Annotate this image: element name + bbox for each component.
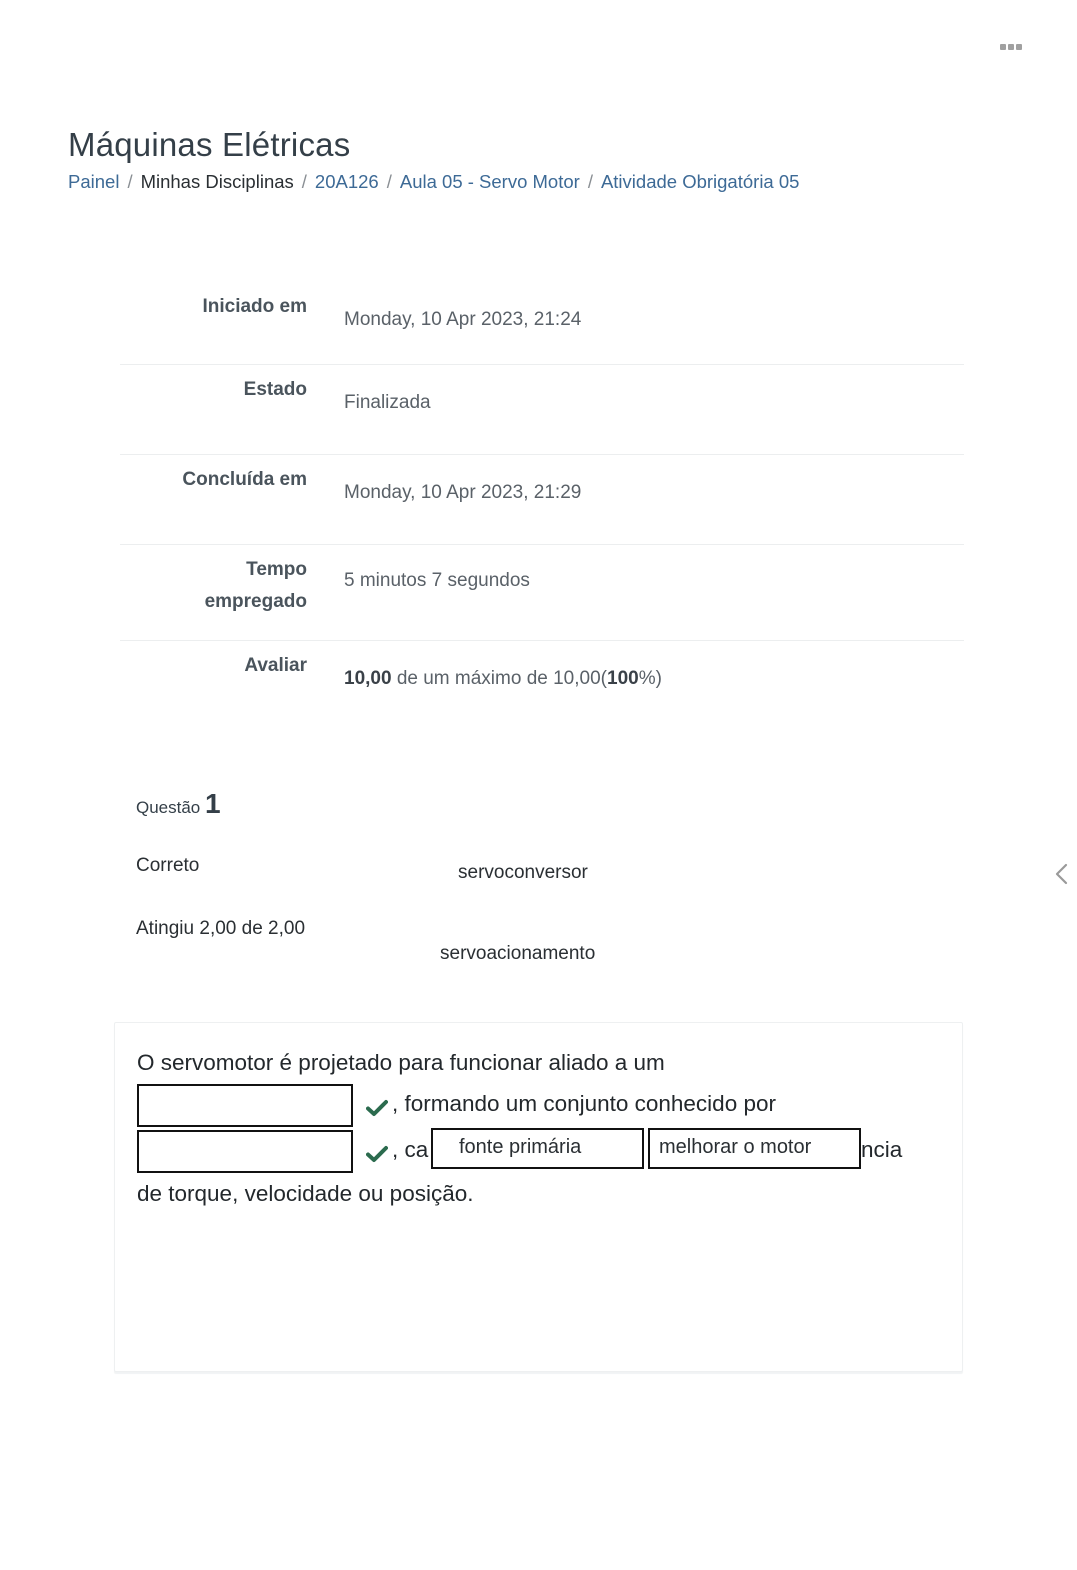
- summary-value: Monday, 10 Apr 2023, 21:24: [323, 282, 964, 364]
- breadcrumb: Painel / Minhas Disciplinas / 20A126 / A…: [68, 171, 799, 193]
- question-number: Questão 1: [136, 788, 221, 820]
- question-text-line: ncia: [861, 1137, 902, 1163]
- more-options-button[interactable]: [1000, 44, 1022, 50]
- question-prefix: Questão: [136, 798, 200, 817]
- grade-suffix: %): [639, 668, 662, 689]
- breadcrumb-painel[interactable]: Painel: [68, 171, 119, 193]
- question-text-line: , ca: [392, 1137, 428, 1163]
- question-state: Correto: [136, 855, 199, 877]
- breadcrumb-separator: /: [127, 171, 132, 193]
- check-icon: [366, 1099, 388, 1117]
- breadcrumb-minhas-disciplinas: Minhas Disciplinas: [141, 171, 294, 193]
- drop-zone-2[interactable]: [137, 1130, 353, 1173]
- breadcrumb-separator: /: [387, 171, 392, 193]
- summary-label: Iniciado em: [120, 282, 323, 364]
- check-icon: [366, 1145, 388, 1163]
- summary-label: Tempoempregado: [120, 545, 323, 640]
- ellipsis-dot: [1016, 44, 1022, 50]
- ellipsis-icon: [1000, 44, 1006, 50]
- ellipsis-dot: [1008, 44, 1014, 50]
- summary-value: 10,00 de um máximo de 10,00(100%): [323, 641, 964, 731]
- choice-melhorar-o-motor[interactable]: melhorar o motor: [648, 1128, 861, 1169]
- summary-label: Estado: [120, 365, 323, 454]
- breadcrumb-section[interactable]: Aula 05 - Servo Motor: [400, 171, 580, 193]
- grade-percent: 100: [607, 668, 639, 689]
- question-text-line: , formando um conjunto conhecido por: [392, 1091, 776, 1117]
- summary-label: Concluída em: [120, 455, 323, 544]
- summary-row-time-taken: Tempoempregado 5 minutos 7 segundos: [120, 545, 964, 641]
- choice-fonte-primaria[interactable]: fonte primária: [431, 1128, 644, 1169]
- breadcrumb-activity[interactable]: Atividade Obrigatória 05: [601, 171, 799, 193]
- summary-label: Avaliar: [120, 641, 323, 731]
- question-number-value: 1: [205, 788, 221, 819]
- breadcrumb-course[interactable]: 20A126: [315, 171, 379, 193]
- drag-answer-servoacionamento[interactable]: servoacionamento: [440, 943, 595, 965]
- summary-row-completed: Concluída em Monday, 10 Apr 2023, 21:29: [120, 455, 964, 545]
- breadcrumb-separator: /: [302, 171, 307, 193]
- question-mark: Atingiu 2,00 de 2,00: [136, 918, 305, 940]
- summary-row-state: Estado Finalizada: [120, 365, 964, 455]
- summary-value: Monday, 10 Apr 2023, 21:29: [323, 455, 964, 544]
- page-title: Máquinas Elétricas: [68, 126, 350, 164]
- breadcrumb-separator: /: [588, 171, 593, 193]
- grade-middle: de um máximo de 10,00(: [392, 668, 607, 689]
- question-text-line: de torque, velocidade ou posição.: [137, 1181, 474, 1207]
- drop-zone-1[interactable]: [137, 1084, 353, 1127]
- grade-score: 10,00: [344, 668, 392, 689]
- summary-row-grade: Avaliar 10,00 de um máximo de 10,00(100%…: [120, 641, 964, 731]
- summary-row-started: Iniciado em Monday, 10 Apr 2023, 21:24: [120, 282, 964, 365]
- attempt-summary-table: Iniciado em Monday, 10 Apr 2023, 21:24 E…: [120, 282, 964, 731]
- question-text-line: O servomotor é projetado para funcionar …: [137, 1050, 665, 1076]
- drag-answer-servoconversor[interactable]: servoconversor: [458, 862, 588, 884]
- chevron-left-icon[interactable]: [1052, 862, 1072, 886]
- summary-value: Finalizada: [323, 365, 964, 454]
- summary-value: 5 minutos 7 segundos: [323, 545, 964, 640]
